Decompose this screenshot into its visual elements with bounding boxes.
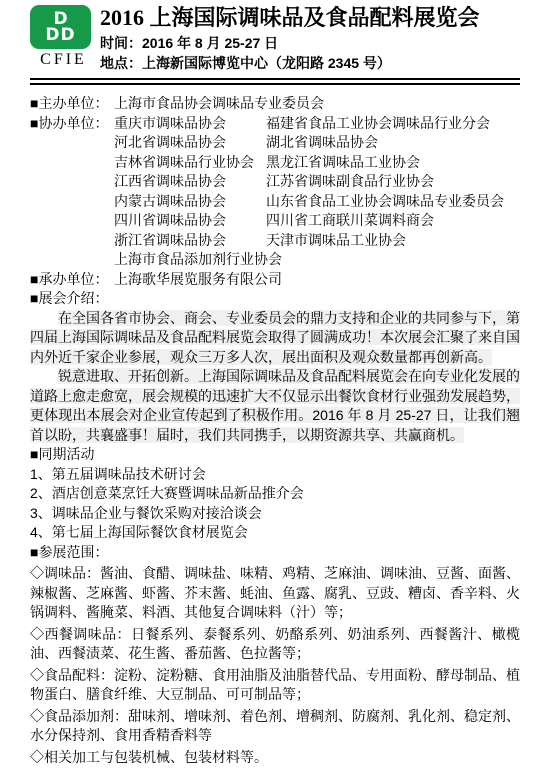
activity-item: 4、第七届上海国际餐饮食材展览会 bbox=[30, 523, 520, 543]
organizer-label: ■主办单位： bbox=[30, 94, 114, 114]
coorganizer-row: 上海市食品添加剂行业协会 bbox=[30, 250, 520, 270]
flyer-page: D DD CFIE 2016 上海国际调味品及食品配料展览会 时间：2016 年… bbox=[0, 0, 547, 767]
activity-item: 1、第五届调味品技术研讨会 bbox=[30, 465, 520, 485]
intro-heading: ■展会介绍： bbox=[30, 289, 520, 309]
undertaker-value: 上海歌华展览服务有限公司 bbox=[114, 270, 282, 290]
document-body: ■主办单位： 上海市食品协会调味品专业委员会 ■协办单位： 重庆市调味品协会 福… bbox=[30, 94, 520, 767]
undertaker-line: ■承办单位： 上海歌华展览服务有限公司 bbox=[30, 270, 520, 290]
coorganizer-value: 重庆市调味品协会 bbox=[114, 114, 266, 134]
coorganizer-value: 湖北省调味品协会 bbox=[266, 133, 520, 153]
coorganizer-value: 山东省食品工业协会调味品专业委员会 bbox=[266, 192, 520, 212]
coorganizer-value: 黑龙江省调味品工业协会 bbox=[266, 153, 520, 173]
undertaker-label: ■承办单位： bbox=[30, 270, 114, 290]
cfie-logo: D DD CFIE bbox=[30, 5, 94, 69]
coorganizer-value: 四川省调味品协会 bbox=[114, 211, 266, 231]
header: D DD CFIE 2016 上海国际调味品及食品配料展览会 时间：2016 年… bbox=[30, 5, 520, 73]
scope-item: ◇食品配料：淀粉、淀粉糖、食用油脂及油脂替代品、专用面粉、酵母制品、植物蛋白、膳… bbox=[30, 666, 520, 705]
logo-letters-bottom: DD bbox=[45, 27, 75, 43]
intro-paragraph-2: 锐意进取、开拓创新。上海国际调味品及食品配料展览会在向专业化发展的道路上愈走愈宽… bbox=[30, 367, 520, 445]
coorganizer-value: 吉林省调味品行业协会 bbox=[114, 153, 266, 173]
diamond-bullet: ◇ bbox=[30, 565, 44, 581]
coorganizer-value: 内蒙古调味品协会 bbox=[114, 192, 266, 212]
scope-item: ◇西餐调味品：日餐系列、泰餐系列、奶酪系列、奶油系列、西餐酱汁、橄榄油、西餐渍菜… bbox=[30, 625, 520, 664]
coorganizer-row: 内蒙古调味品协会 山东省食品工业协会调味品专业委员会 bbox=[30, 192, 520, 212]
diamond-bullet: ◇ bbox=[30, 708, 44, 724]
coorganizer-value: 江苏省调味副食品行业协会 bbox=[266, 172, 520, 192]
activity-item: 3、调味品企业与餐饮采购对接洽谈会 bbox=[30, 504, 520, 524]
cfie-logo-icon: D DD bbox=[30, 5, 91, 49]
intro-paragraph-1: 在全国各省市协会、商会、专业委员会的鼎力支持和企业的共同参与下，第四届上海国际调… bbox=[30, 309, 520, 368]
activity-item: 2、酒店创意菜烹饪大赛暨调味品新品推介会 bbox=[30, 484, 520, 504]
event-time: 时间：2016 年 8 月 25-27 日 bbox=[100, 33, 520, 53]
coorganizer-label: ■协办单位： bbox=[30, 114, 114, 134]
coorganizer-value: 四川省工商联川菜调料商会 bbox=[266, 211, 520, 231]
diamond-bullet: ◇ bbox=[30, 667, 44, 683]
organizer-line: ■主办单位： 上海市食品协会调味品专业委员会 bbox=[30, 94, 520, 114]
activities-heading: ■同期活动 bbox=[30, 445, 520, 465]
coorganizer-row: ■协办单位： 重庆市调味品协会 福建省食品工业协会调味品行业分会 bbox=[30, 114, 520, 134]
coorganizer-value: 河北省调味品协会 bbox=[114, 133, 266, 153]
coorganizer-value: 天津市调味品工业协会 bbox=[266, 231, 520, 251]
event-venue: 地点：上海新国际博览中心（龙阳路 2345 号） bbox=[100, 53, 520, 73]
coorganizer-row: 吉林省调味品行业协会 黑龙江省调味品工业协会 bbox=[30, 153, 520, 173]
scope-item: ◇调味品：酱油、食醋、调味盐、味精、鸡精、芝麻油、调味油、豆酱、面酱、辣椒酱、芝… bbox=[30, 564, 520, 623]
coorganizer-row: 江西省调味品协会 江苏省调味副食品行业协会 bbox=[30, 172, 520, 192]
scope-heading: ■参展范围： bbox=[30, 543, 520, 563]
coorganizer-row: 四川省调味品协会 四川省工商联川菜调料商会 bbox=[30, 211, 520, 231]
header-text: 2016 上海国际调味品及食品配料展览会 时间：2016 年 8 月 25-27… bbox=[100, 5, 520, 73]
coorganizer-row: 浙江省调味品协会 天津市调味品工业协会 bbox=[30, 231, 520, 251]
double-rule-divider bbox=[30, 78, 520, 85]
logo-acronym: CFIE bbox=[33, 51, 94, 69]
coorganizer-row: 河北省调味品协会 湖北省调味品协会 bbox=[30, 133, 520, 153]
diamond-bullet: ◇ bbox=[30, 626, 44, 642]
scope-item: ◇食品添加剂：甜味剂、增味剂、着色剂、增稠剂、防腐剂、乳化剂、稳定剂、水分保持剂… bbox=[30, 707, 520, 746]
coorganizer-value: 江西省调味品协会 bbox=[114, 172, 266, 192]
coorganizer-value: 上海市食品添加剂行业协会 bbox=[114, 250, 282, 270]
page-title: 2016 上海国际调味品及食品配料展览会 bbox=[100, 5, 520, 30]
diamond-bullet: ◇ bbox=[30, 749, 44, 765]
coorganizer-value: 福建省食品工业协会调味品行业分会 bbox=[266, 114, 520, 134]
organizer-value: 上海市食品协会调味品专业委员会 bbox=[114, 94, 324, 114]
coorganizer-value: 浙江省调味品协会 bbox=[114, 231, 266, 251]
scope-item: ◇相关加工与包装机械、包装材料等。 bbox=[30, 748, 520, 768]
